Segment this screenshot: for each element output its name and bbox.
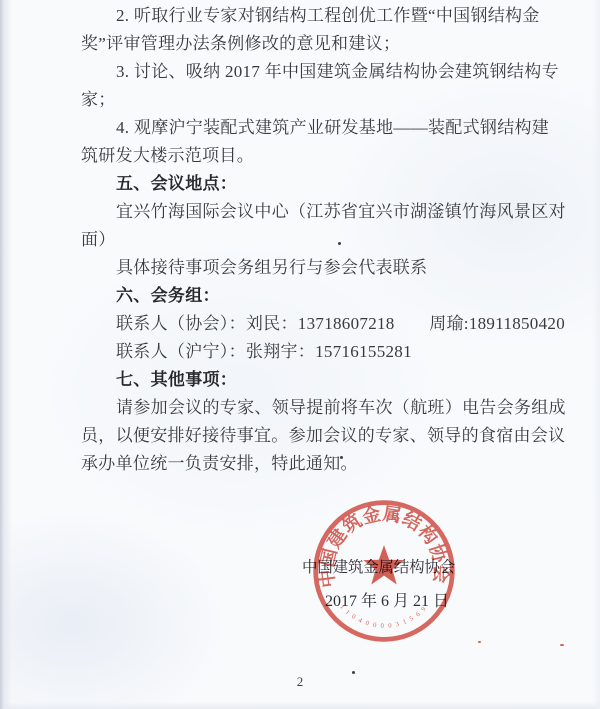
- issue-date: 2017 年 6 月 21 日: [325, 588, 449, 611]
- text-line: 请参加会议的专家、领导提前将车次（航班）电告会务组成: [81, 394, 531, 422]
- body-text: 2. 听取行业专家对钢结构工程创优工作暨“中国钢结构金奖”评审管理办法条例修改的…: [81, 2, 531, 478]
- text-line: 员，以便安排好接待事宜。参加会议的专家、领导的食宿由会议: [81, 422, 531, 450]
- text-line: 五、会议地点：: [81, 170, 531, 198]
- text-line: 联系人（沪宁）：张翔宇：15716155281: [81, 338, 531, 366]
- text-line: 具体接待事项会务组另行与参会代表联系: [81, 254, 531, 282]
- text-line: 联系人（协会）：刘民：13718607218 周瑜:18911850420: [81, 310, 531, 338]
- scan-speck: [352, 671, 355, 674]
- scan-speck: [478, 641, 481, 643]
- scan-speck: [560, 644, 564, 646]
- text-line: 2. 听取行业专家对钢结构工程创优工作暨“中国钢结构金: [81, 2, 531, 30]
- scanned-notice-page: 2. 听取行业专家对钢结构工程创优工作暨“中国钢结构金奖”评审管理办法条例修改的…: [0, 0, 600, 709]
- scan-speck: [338, 242, 341, 245]
- text-line: 承办单位统一负责安排，特此通知。: [81, 450, 531, 478]
- text-line: 奖”评审管理办法条例修改的意见和建议；: [81, 30, 531, 58]
- scan-speck: [340, 456, 343, 459]
- text-line: 七、其他事项：: [81, 366, 531, 394]
- text-line: 面）: [81, 226, 531, 254]
- page-number: 2: [290, 674, 310, 690]
- text-line: 筑研发大楼示范项目。: [81, 142, 531, 170]
- text-line: 六、会务组：: [81, 282, 531, 310]
- text-line: 宜兴竹海国际会议中心（江苏省宜兴市湖滏镇竹海风景区对: [81, 198, 531, 226]
- issuing-org: 中国建筑金属结构协会: [302, 555, 455, 577]
- text-line: 3. 讨论、吸纳 2017 年中国建筑金属结构协会建筑钢结构专: [81, 58, 531, 86]
- text-line: 4. 观摩沪宁装配式建筑产业研发基地——装配式钢结构建: [81, 114, 531, 142]
- text-line: 家；: [81, 86, 531, 114]
